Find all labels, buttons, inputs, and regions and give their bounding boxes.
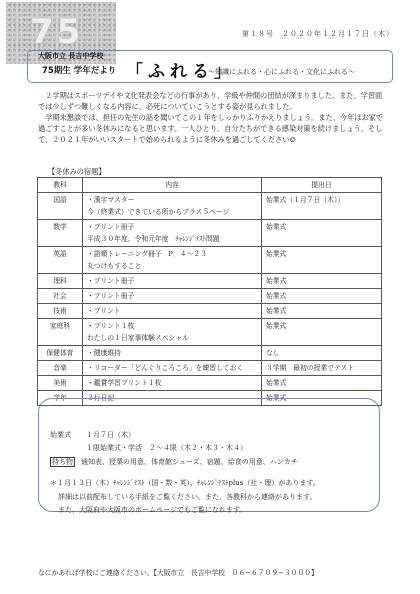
ceremony-date: １月７日（木） — [86, 430, 135, 440]
homework-title: 【冬休みの宿題】 — [48, 167, 106, 177]
content-line: 平成３０年度、令和元年度 ﾁｬﾚﾝｼﾞﾃｽﾄ問題 — [87, 233, 257, 245]
column-header-content: 内容 — [83, 178, 262, 193]
contact-footer: なにかあれば学校にご連絡ください。【大阪市立 長吉中学校 ０６−６７０９−３００… — [38, 567, 318, 577]
subject-cell: 美術 — [38, 376, 83, 391]
belongings-tag: 持ち物 — [50, 457, 75, 467]
challenge-test-note: ＊１月１３日（木）ﾁｬﾚﾝｼﾞﾃｽﾄ（国・数・英）、ﾁｬﾚﾝｼﾞﾃｽﾄplus（… — [50, 478, 320, 488]
content-cell: ・プリント冊子 — [83, 289, 262, 304]
due-cell: 始業式 — [262, 247, 382, 274]
content-cell: ・プリント冊子平成３０年度、令和元年度 ﾁｬﾚﾝｼﾞﾃｽﾄ問題 — [83, 220, 262, 247]
table-row: 国語・漢字マスター今（終業式）できている所からプラス５ページ始業式（１月７日（木… — [38, 193, 382, 220]
content-line: ・プリント冊子 — [87, 290, 257, 302]
column-header-subject: 教科 — [38, 178, 83, 193]
due-cell: なし — [262, 346, 382, 361]
subject-cell: 国語 — [38, 193, 83, 220]
table-row: 技術・プリント始業式 — [38, 304, 382, 319]
content-line: ・語順トレーニング冊子 P．４〜２３ — [87, 248, 257, 260]
grade-newsletter-label: 75期生 学年だより — [42, 64, 116, 76]
content-line: ・プリント冊子 — [87, 275, 257, 287]
content-cell: ・リコーダー「どんぐりころころ」を練習しておく — [83, 361, 262, 376]
table-row: 英語・語順トレーニング冊子 P．４〜２３丸つけもすること始業式 — [38, 247, 382, 274]
content-line: ・漢字マスター — [87, 194, 257, 206]
content-line: ・プリント冊子 — [87, 221, 257, 233]
subject-cell: 音楽 — [38, 361, 83, 376]
school-name: 大阪市立 長吉中学校 — [38, 51, 103, 61]
subject-cell: 英語 — [38, 247, 83, 274]
due-cell: ３学期 最初の授業でテスト — [262, 361, 382, 376]
content-cell: ・プリント — [83, 304, 262, 319]
subject-cell: 理科 — [38, 274, 83, 289]
content-cell: ・漢字マスター今（終業式）できている所からプラス５ページ — [83, 193, 262, 220]
subject-cell: 保健体育 — [38, 346, 83, 361]
ceremony-schedule: １限始業式・学活 ２〜４限（木２・木３・木４） — [86, 443, 247, 453]
due-cell: 始業式 — [262, 220, 382, 247]
due-cell: 始業式 — [262, 289, 382, 304]
newsletter-subtitle: 〜知識にふれる・心にふれる・文化にふれる〜 — [208, 67, 355, 77]
logo-text: 75 — [30, 12, 83, 52]
table-row: 美術・鑑賞学習プリント１枚始業式 — [38, 376, 382, 391]
content-line: ・リコーダー「どんぐりころころ」を練習しておく — [87, 362, 257, 374]
due-cell: 始業式 — [262, 274, 382, 289]
intro-text: ２学期はスポーツデイや文化発表会などの行事があり、学級や仲間の団結が深まりました… — [38, 90, 383, 145]
table-row: 社会・プリント冊子始業式 — [38, 289, 382, 304]
homepage-note: また、大阪府や大阪市のホームページでもご覧になれます。 — [58, 505, 246, 515]
content-cell: ・鑑賞学習プリント１枚 — [83, 376, 262, 391]
ceremony-label: 始業式 — [50, 430, 71, 440]
content-line: わたしの１日家事体験スペシャル — [87, 332, 257, 344]
column-header-due: 提出日 — [262, 178, 382, 193]
subject-cell: 家庭科 — [38, 319, 83, 346]
table-row: 家庭科・プリント１枚わたしの１日家事体験スペシャル始業式 — [38, 319, 382, 346]
due-cell: 始業式 — [262, 319, 382, 346]
belongings-list: 通知表、授業の用意、体育館シューズ、宿題、給食の用意、ハンカチ — [81, 458, 298, 466]
belongings-line: 持ち物通知表、授業の用意、体育館シューズ、宿題、給食の用意、ハンカチ — [50, 457, 298, 467]
homework-table: 教科 内容 提出日 国語・漢字マスター今（終業式）できている所からプラス５ページ… — [37, 177, 382, 406]
content-cell: ・プリント冊子 — [83, 274, 262, 289]
subject-cell: 社会 — [38, 289, 83, 304]
due-cell: 始業式 — [262, 304, 382, 319]
content-cell: ・プリント１枚わたしの１日家事体験スペシャル — [83, 319, 262, 346]
content-cell: ・健康維持 — [83, 346, 262, 361]
content-line: ・鑑賞学習プリント１枚 — [87, 377, 257, 389]
due-cell: 始業式 — [262, 376, 382, 391]
content-line: 今（終業式）できている所からプラス５ページ — [87, 206, 257, 218]
intro-paragraph: ２学期はスポーツデイや文化発表会などの行事があり、学級や仲間の団結が深まりました… — [38, 90, 383, 112]
intro-paragraph: 学期末懇談では、担任の先生の話を聞いてこの１年をしっかりふりかえりましょう。また… — [38, 112, 383, 145]
content-line: ・プリント — [87, 305, 257, 317]
subject-cell: 数学 — [38, 220, 83, 247]
homework-table-body: 国語・漢字マスター今（終業式）できている所からプラス５ページ始業式（１月７日（木… — [38, 193, 382, 406]
content-line: ・プリント１枚 — [87, 320, 257, 332]
content-cell: ・語順トレーニング冊子 P．４〜２３丸つけもすること — [83, 247, 262, 274]
subject-cell: 技術 — [38, 304, 83, 319]
details-note: 詳細は以前配布している手紙をご覧ください。また、各教科から連絡があります。 — [58, 492, 316, 502]
content-line: 丸つけもすること — [87, 260, 257, 272]
table-row: 理科・プリント冊子始業式 — [38, 274, 382, 289]
table-row: 保健体育・健康維持なし — [38, 346, 382, 361]
table-row: 数学・プリント冊子平成３０年度、令和元年度 ﾁｬﾚﾝｼﾞﾃｽﾄ問題始業式 — [38, 220, 382, 247]
due-cell: 始業式（１月７日（木）） — [262, 193, 382, 220]
issue-line: 第１８号 ２０２０年１２月１７日（木） — [242, 29, 394, 39]
table-row: 音楽・リコーダー「どんぐりころころ」を練習しておく３学期 最初の授業でテスト — [38, 361, 382, 376]
content-line: ・健康維持 — [87, 347, 257, 359]
table-header-row: 教科 内容 提出日 — [38, 178, 382, 193]
